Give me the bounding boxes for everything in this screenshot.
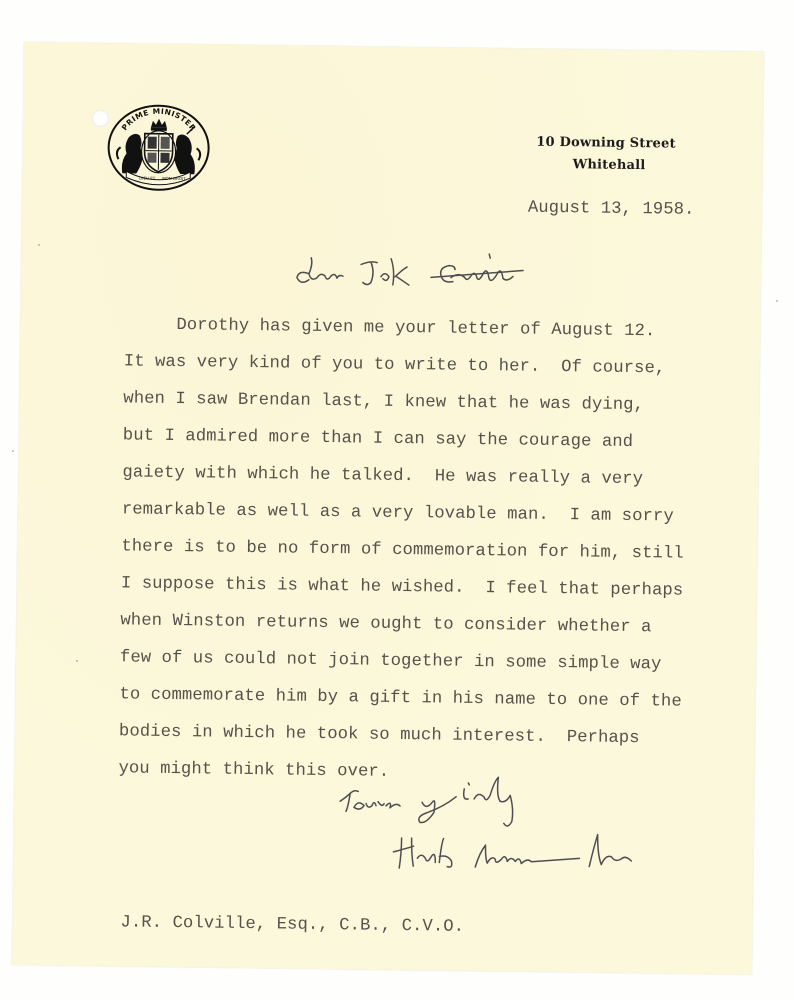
recipient-address: J.R. Colville, Esq., C.B., C.V.O. — [120, 913, 464, 936]
royal-coat-of-arms-icon: PRIME MINISTER DIEU ET MON DROIT — [106, 103, 211, 192]
handwritten-signature: Harold Macmillan — [335, 771, 656, 885]
body-line-5: gaiety with which he talked. He was real… — [122, 463, 643, 489]
scan-speck — [38, 244, 40, 246]
scan-speck — [776, 300, 778, 302]
body-line-12: bodies in which he took so much interest… — [119, 722, 640, 748]
body-line-8: I suppose this is what he wished. I feel… — [121, 574, 684, 600]
scan-speck — [12, 450, 14, 452]
seal-motto-right: MON DROIT — [162, 176, 186, 181]
scan-speck — [76, 660, 78, 662]
body-line-1: Dorothy has given me your letter of Augu… — [124, 315, 655, 341]
handwritten-salutation: Dear Jock Colville — [291, 246, 612, 300]
body-line-10: few of us could not join together in som… — [120, 648, 662, 674]
letter-date: August 13, 1958. — [528, 199, 695, 220]
body-line-9: when Winston returns we ought to conside… — [120, 611, 651, 637]
body-line-11: to commemorate him by a gift in his name… — [119, 685, 682, 711]
body-line-7: there is to be no form of commemoration … — [121, 537, 684, 563]
body-line-3: when I saw Brendan last, I knew that he … — [123, 389, 644, 415]
body-line-6: remarkable as well as a very lovable man… — [122, 500, 674, 526]
body-line-2: It was very kind of you to write to her.… — [124, 352, 666, 378]
body-line-4: but I admired more than I can say the co… — [123, 426, 634, 452]
letter-paper: PRIME MINISTER DIEU ET MON DROIT — [12, 42, 764, 975]
seal-motto-left: DIEU ET — [139, 176, 156, 181]
scan-background: PRIME MINISTER DIEU ET MON DROIT — [0, 0, 794, 1000]
